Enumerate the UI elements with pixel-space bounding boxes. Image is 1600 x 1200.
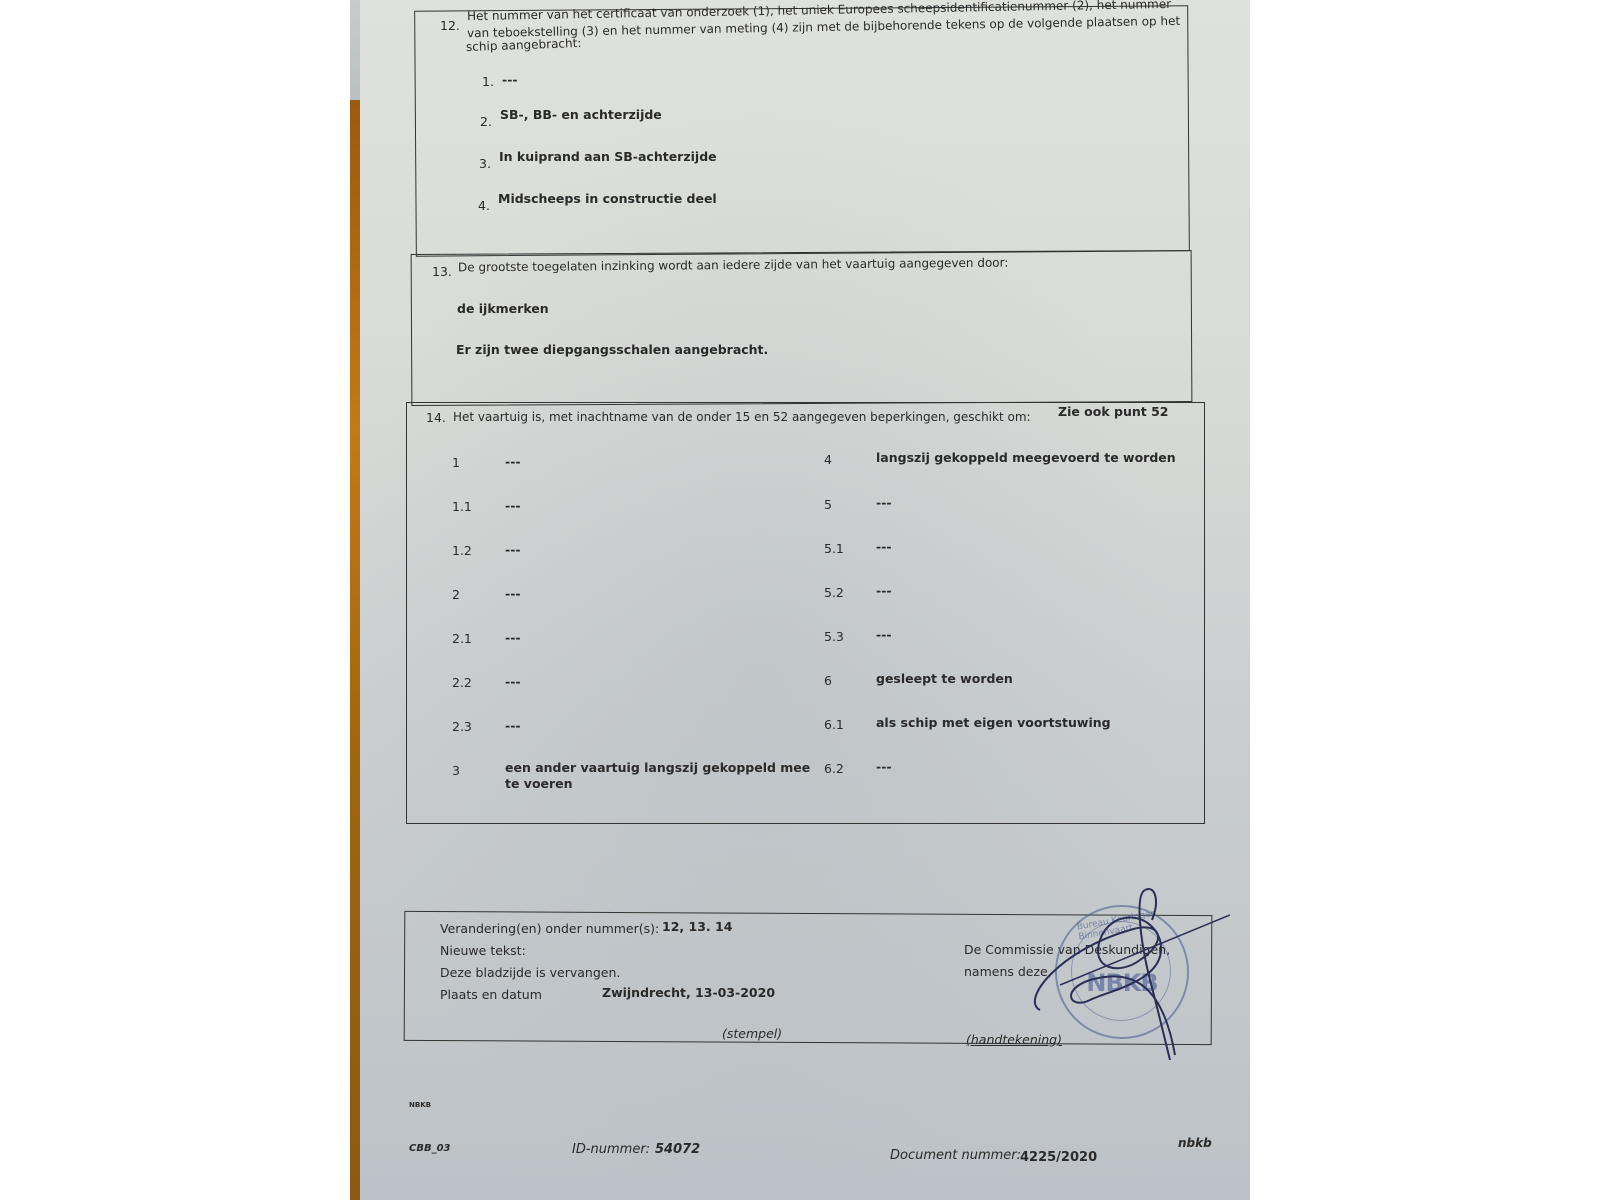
section-14-right-item-num: 6.2 [824, 761, 844, 776]
section-14-right-item-text: langszij gekoppeld meegevoerd te worden [876, 450, 1176, 465]
section-14-heading: Het vaartuig is, met inachtname van de o… [453, 410, 1031, 424]
section-14-right-item-text: --- [876, 539, 892, 554]
section-14-right-item-num: 4 [824, 452, 832, 467]
replaced-text: Deze bladzijde is vervangen. [440, 965, 620, 980]
footer-doc-value: 4225/2020 [1020, 1150, 1097, 1165]
section-14-right-item-text: --- [876, 759, 892, 774]
section-14-left-item-text: --- [505, 454, 521, 469]
section-14-right-item-num: 5 [824, 497, 832, 512]
section-14-number: 14. [426, 410, 446, 425]
section-12-item-1-num: 1. [482, 74, 494, 89]
section-14-right-item-num: 5.3 [824, 629, 844, 644]
footer-id-value: 54072 [655, 1142, 700, 1157]
section-14-left-item-num: 2.2 [452, 675, 472, 690]
section-14-left-item-num: 1 [452, 455, 460, 470]
section-12-item-3-text: In kuiprand aan SB-achterzijde [499, 149, 717, 164]
footer-brand: nbkb [1178, 1136, 1212, 1150]
place-date-label: Plaats en datum [440, 987, 542, 1002]
new-text-label: Nieuwe tekst: [440, 943, 526, 958]
section-14-left-item-text: --- [505, 674, 521, 689]
section-14-right-item-text: als schip met eigen voortstuwing [876, 715, 1111, 730]
section-12-item-2-num: 2. [480, 114, 492, 129]
section-14-left-item-num: 1.2 [452, 543, 472, 558]
section-14-left-item-num: 2.1 [452, 631, 472, 646]
section-14-right-item-text: --- [876, 495, 892, 510]
handwritten-signature [1000, 880, 1230, 1060]
stamp-label: (stempel) [722, 1026, 782, 1041]
section-14-right-item-num: 6.1 [824, 717, 844, 732]
section-12-item-4-num: 4. [478, 198, 490, 213]
section-14-right-item-text: gesleept te worden [876, 671, 1013, 686]
section-12-item-4-text: Midscheeps in constructie deel [498, 191, 717, 206]
footer-form-code: CBB_03 [409, 1143, 451, 1154]
section-14-left-item-text: --- [505, 630, 521, 645]
section-14-left-item-num: 3 [452, 763, 460, 778]
section-12-item-2-text: SB-, BB- en achterzijde [500, 107, 662, 122]
section-12-item-1-text: --- [502, 72, 518, 87]
place-date-value: Zwijndrecht, 13-03-2020 [602, 985, 775, 1000]
footer-id-label: ID-nummer: [572, 1142, 650, 1157]
section-14-right-item-num: 6 [824, 673, 832, 688]
section-14-left-item-text-2: te voeren [505, 776, 573, 791]
section-14-right-item-num: 5.1 [824, 541, 844, 556]
footer-doc-label: Document nummer: [890, 1148, 1021, 1163]
section-14-left-item-text-1: een ander vaartuig langszij gekoppeld me… [505, 760, 810, 775]
section-14-right-item-text: --- [876, 627, 892, 642]
section-14-left-item-text: --- [505, 586, 521, 601]
section-14-left-item-num: 1.1 [452, 499, 472, 514]
section-14-left-item-num: 2 [452, 587, 460, 602]
section-14-right-item-num: 5.2 [824, 585, 844, 600]
section-13-line2: Er zijn twee diepgangsschalen aangebrach… [456, 342, 768, 357]
section-14-left-item-num: 2.3 [452, 719, 472, 734]
section-14-left-item-text: --- [505, 498, 521, 513]
footer-org-small: NBKB [409, 1101, 431, 1109]
section-12-item-3-num: 3. [479, 156, 491, 171]
section-14-right-item-text: --- [876, 583, 892, 598]
section-12-number: 12. [440, 18, 460, 33]
changes-value: 12, 13. 14 [662, 919, 732, 934]
section-13-line1: de ijkmerken [457, 301, 549, 316]
section-14-left-item-text: --- [505, 542, 521, 557]
section-13-number: 13. [432, 264, 452, 279]
section-14-note: Zie ook punt 52 [1058, 404, 1169, 419]
changes-label: Verandering(en) onder nummer(s): [440, 921, 659, 936]
section-14-left-item-text: --- [505, 718, 521, 733]
